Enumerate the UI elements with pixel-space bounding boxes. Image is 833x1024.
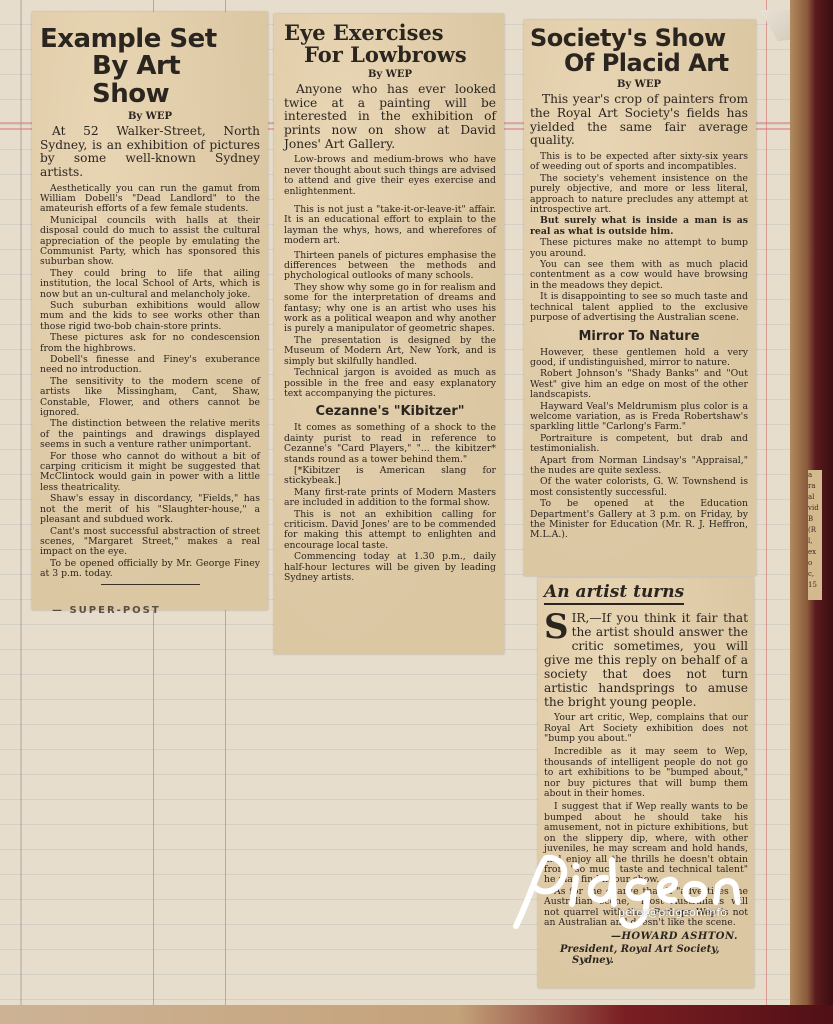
- paragraph: Aesthetically you can run the gamut from…: [40, 184, 260, 215]
- fragment: al: [808, 492, 822, 503]
- drop-cap: S: [544, 613, 569, 641]
- lead-paragraph: Anyone who has ever looked twice at a pa…: [284, 83, 496, 151]
- headline-line-1: Society's Show: [530, 26, 748, 51]
- paragraph: Dobell's finesse and Finey's exuberance …: [40, 355, 260, 376]
- end-rule: [101, 584, 200, 585]
- paragraph: Many first-rate prints of Modern Masters…: [284, 488, 496, 509]
- paragraph: This is not an exhibition calling for cr…: [284, 510, 496, 552]
- byline: By WEP: [284, 69, 496, 80]
- signature-city: Sydney.: [572, 955, 748, 966]
- letter-title: An artist turns: [544, 582, 684, 605]
- paragraph: [*Kibitzer is American slang for stickyb…: [284, 466, 496, 487]
- paragraph: They show why some go in for realism and…: [284, 283, 496, 335]
- headline-line-1: Eye Exercises: [284, 22, 496, 44]
- fragment: c,: [808, 569, 822, 580]
- paragraph: This is to be expected after sixty-six y…: [530, 152, 748, 173]
- headline: Society's Show Of Placid Art: [530, 26, 748, 76]
- cut-off-heading: — SUPER-POST: [52, 605, 161, 616]
- lead-paragraph: At 52 Walker-Street, North Sydney, is an…: [40, 125, 260, 180]
- paragraph: The presentation is designed by the Muse…: [284, 336, 496, 367]
- headline: Example Set By Art Show: [40, 26, 260, 108]
- paragraph: Low-brows and medium-brows who have neve…: [284, 155, 496, 197]
- paragraph: These pictures ask for no condescension …: [40, 333, 260, 354]
- signature-title: President, Royal Art Society,: [560, 944, 748, 955]
- paragraph: Shaw's essay in discordancy, "Fields," h…: [40, 494, 260, 525]
- paragraph: To be opened officially by Mr. George Fi…: [40, 559, 260, 580]
- paragraph: Apart from Norman Lindsay's "Appraisal,"…: [530, 456, 748, 477]
- paragraph: They could bring to life that ailing ins…: [40, 269, 260, 300]
- paragraph: Commencing today at 1.30 p.m., daily hal…: [284, 552, 496, 583]
- paragraph: This is not just a "take-it-or-leave-it"…: [284, 205, 496, 247]
- lead-paragraph: SIR,—If you think it fair that the artis…: [544, 611, 748, 709]
- edge-clipping-fragment: a ra al vid B (R l, ex o c, 15: [808, 470, 822, 600]
- paragraph: Technical jargon is avoided as much as p…: [284, 368, 496, 399]
- paragraph: I suggest that if Wep really wants to be…: [544, 802, 748, 885]
- paragraph: Of the water colorists, G. W. Townshend …: [530, 477, 748, 498]
- clipping-example-set: Example Set By Art Show By WEP At 52 Wal…: [32, 12, 268, 610]
- paragraph: Portraiture is competent, but drab and t…: [530, 434, 748, 455]
- fragment: 15: [808, 580, 822, 591]
- fragment: (R: [808, 525, 822, 536]
- byline: By WEP: [40, 111, 260, 122]
- fragment: l,: [808, 536, 822, 547]
- signature: —HOWARD ASHTON.: [544, 931, 738, 942]
- fragment: ex: [808, 547, 822, 558]
- paragraph: The distinction between the relative mer…: [40, 419, 260, 450]
- headline-line-2: Of Placid Art: [530, 51, 748, 76]
- fragment: B: [808, 514, 822, 525]
- lead-text: IR,—If you think it fair that the artist…: [544, 611, 748, 709]
- fragment: ra: [808, 481, 822, 492]
- paragraph: It is disappointing to see so much taste…: [530, 292, 748, 323]
- headline-line-2: By Art Show: [40, 53, 260, 108]
- paragraph: The society's vehement insistence on the…: [530, 174, 748, 216]
- paragraph: You can see them with as much placid con…: [530, 260, 748, 291]
- clipping-letter-an-artist-turns: An artist turns SIR,—If you think it fai…: [538, 578, 754, 988]
- clipping-societys-show: Society's Show Of Placid Art By WEP This…: [524, 20, 756, 576]
- paragraph: To be opened at the Education Department…: [530, 499, 748, 541]
- paragraph: For those who cannot do without a bit of…: [40, 452, 260, 494]
- paragraph: Robert Johnson's "Shady Banks" and "Out …: [530, 369, 748, 400]
- paragraph: Cant's most successful abstraction of st…: [40, 527, 260, 558]
- paragraph: It comes as something of a shock to the …: [284, 423, 496, 465]
- paragraph: Municipal councils with halls at their d…: [40, 216, 260, 268]
- subheading: Cezanne's "Kibitzer": [284, 404, 496, 419]
- paragraph: Thirteen panels of pictures emphasise th…: [284, 251, 496, 282]
- lead-paragraph: This year's crop of painters from the Ro…: [530, 93, 748, 148]
- watermark-email: peter@pidgeon.info: [618, 906, 727, 919]
- paragraph: But surely what is inside a man is as re…: [530, 216, 748, 237]
- paragraph: The sensitivity to the modern scene of a…: [40, 377, 260, 419]
- fragment: a: [808, 470, 822, 481]
- paragraph: Your art critic, Wep, complains that our…: [544, 713, 748, 744]
- paragraph: These pictures make no attempt to bump y…: [530, 238, 748, 259]
- fragment: o: [808, 558, 822, 569]
- subheading: Mirror To Nature: [530, 329, 748, 344]
- headline: Eye Exercises For Lowbrows: [284, 22, 496, 66]
- headline-line-2: For Lowbrows: [284, 44, 496, 66]
- margin-line: [766, 0, 767, 1006]
- paragraph: However, these gentlemen hold a very goo…: [530, 348, 748, 369]
- paragraph: Hayward Veal's Meldrumism plus color is …: [530, 402, 748, 433]
- paragraph: Incredible as it may seem to Wep, thousa…: [544, 747, 748, 799]
- byline: By WEP: [530, 79, 748, 90]
- paragraph: Such suburban exhibitions would allow mu…: [40, 301, 260, 332]
- fragment: vid: [808, 503, 822, 514]
- clipping-eye-exercises: Eye Exercises For Lowbrows By WEP Anyone…: [274, 14, 504, 654]
- headline-line-1: Example Set: [40, 26, 260, 53]
- book-bottom-edge: [0, 1005, 833, 1024]
